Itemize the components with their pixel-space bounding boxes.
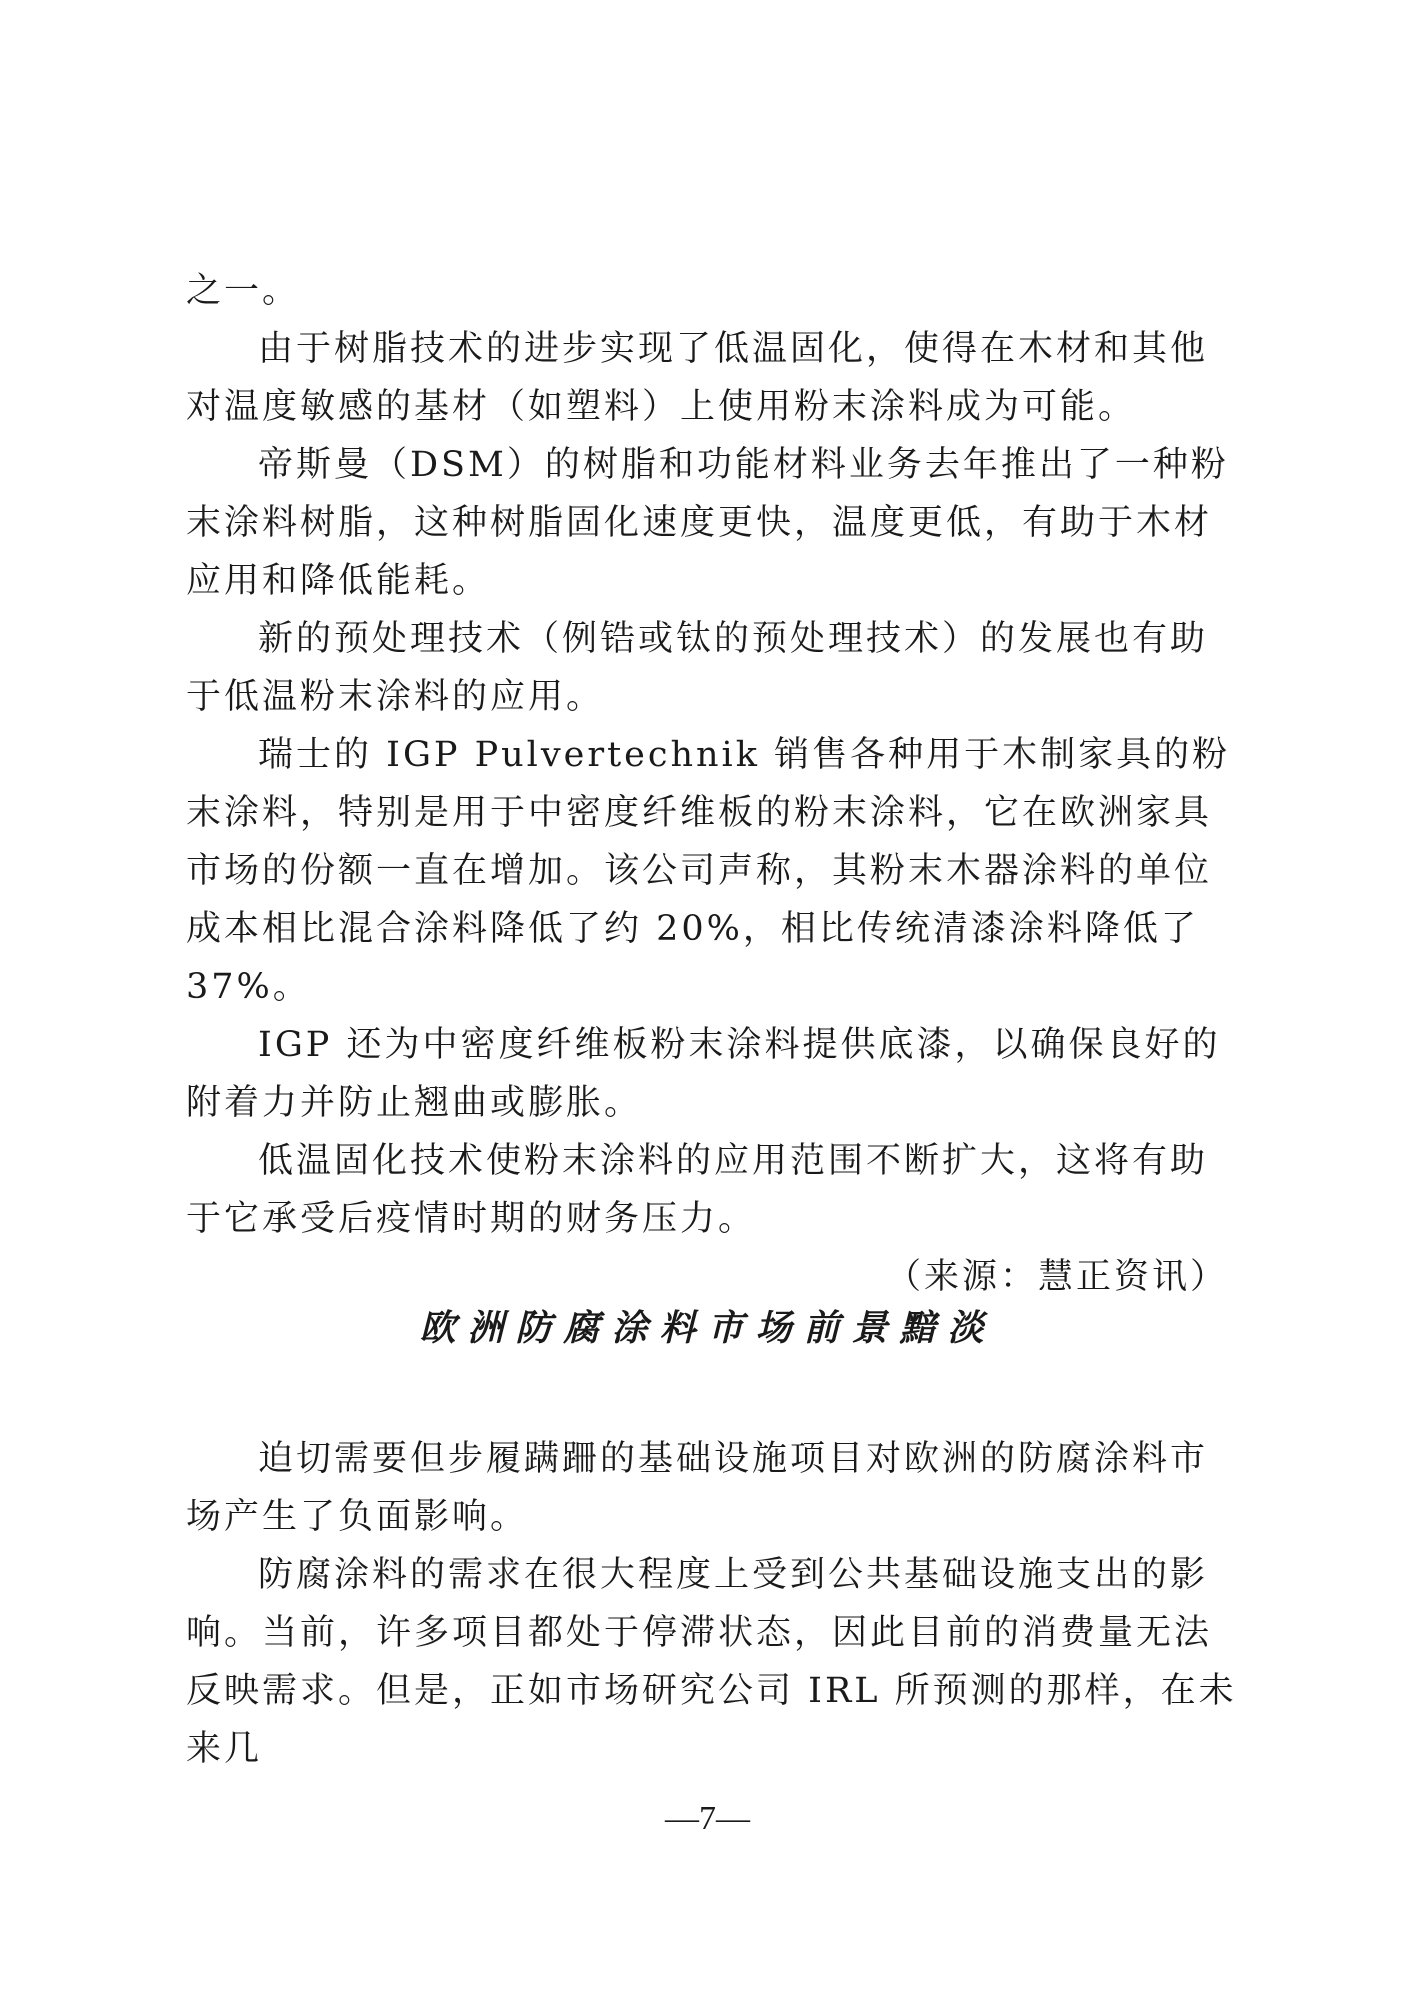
paragraph: 帝斯曼（DSM）的树脂和功能材料业务去年推出了一种粉末涂料树脂，这种树脂固化速度… [186,436,1238,610]
paragraph: 由于树脂技术的进步实现了低温固化，使得在木材和其他对温度敏感的基材（如塑料）上使… [186,320,1238,436]
paragraph: 迫切需要但步履蹒跚的基础设施项目对欧洲的防腐涂料市场产生了负面影响。 [186,1430,1238,1546]
article-powder-coatings-body: 之一。 由于树脂技术的进步实现了低温固化，使得在木材和其他对温度敏感的基材（如塑… [186,262,1238,1306]
page-number: —7— [0,1800,1415,1838]
paragraph: 之一。 [186,262,1238,320]
source-attribution: （来源：慧正资讯） [186,1248,1238,1306]
article-anticorrosion-body: 迫切需要但步履蹒跚的基础设施项目对欧洲的防腐涂料市场产生了负面影响。 防腐涂料的… [186,1430,1238,1778]
article-title: 欧洲防腐涂料市场前景黯淡 [0,1300,1415,1351]
paragraph: 防腐涂料的需求在很大程度上受到公共基础设施支出的影响。当前，许多项目都处于停滞状… [186,1546,1238,1778]
document-page: 之一。 由于树脂技术的进步实现了低温固化，使得在木材和其他对温度敏感的基材（如塑… [0,0,1415,2000]
paragraph: 新的预处理技术（例锆或钛的预处理技术）的发展也有助于低温粉末涂料的应用。 [186,610,1238,726]
paragraph: IGP 还为中密度纤维板粉末涂料提供底漆，以确保良好的附着力并防止翘曲或膨胀。 [186,1016,1238,1132]
paragraph: 瑞士的 IGP Pulvertechnik 销售各种用于木制家具的粉末涂料，特别… [186,726,1238,1016]
paragraph: 低温固化技术使粉末涂料的应用范围不断扩大，这将有助于它承受后疫情时期的财务压力。 [186,1132,1238,1248]
